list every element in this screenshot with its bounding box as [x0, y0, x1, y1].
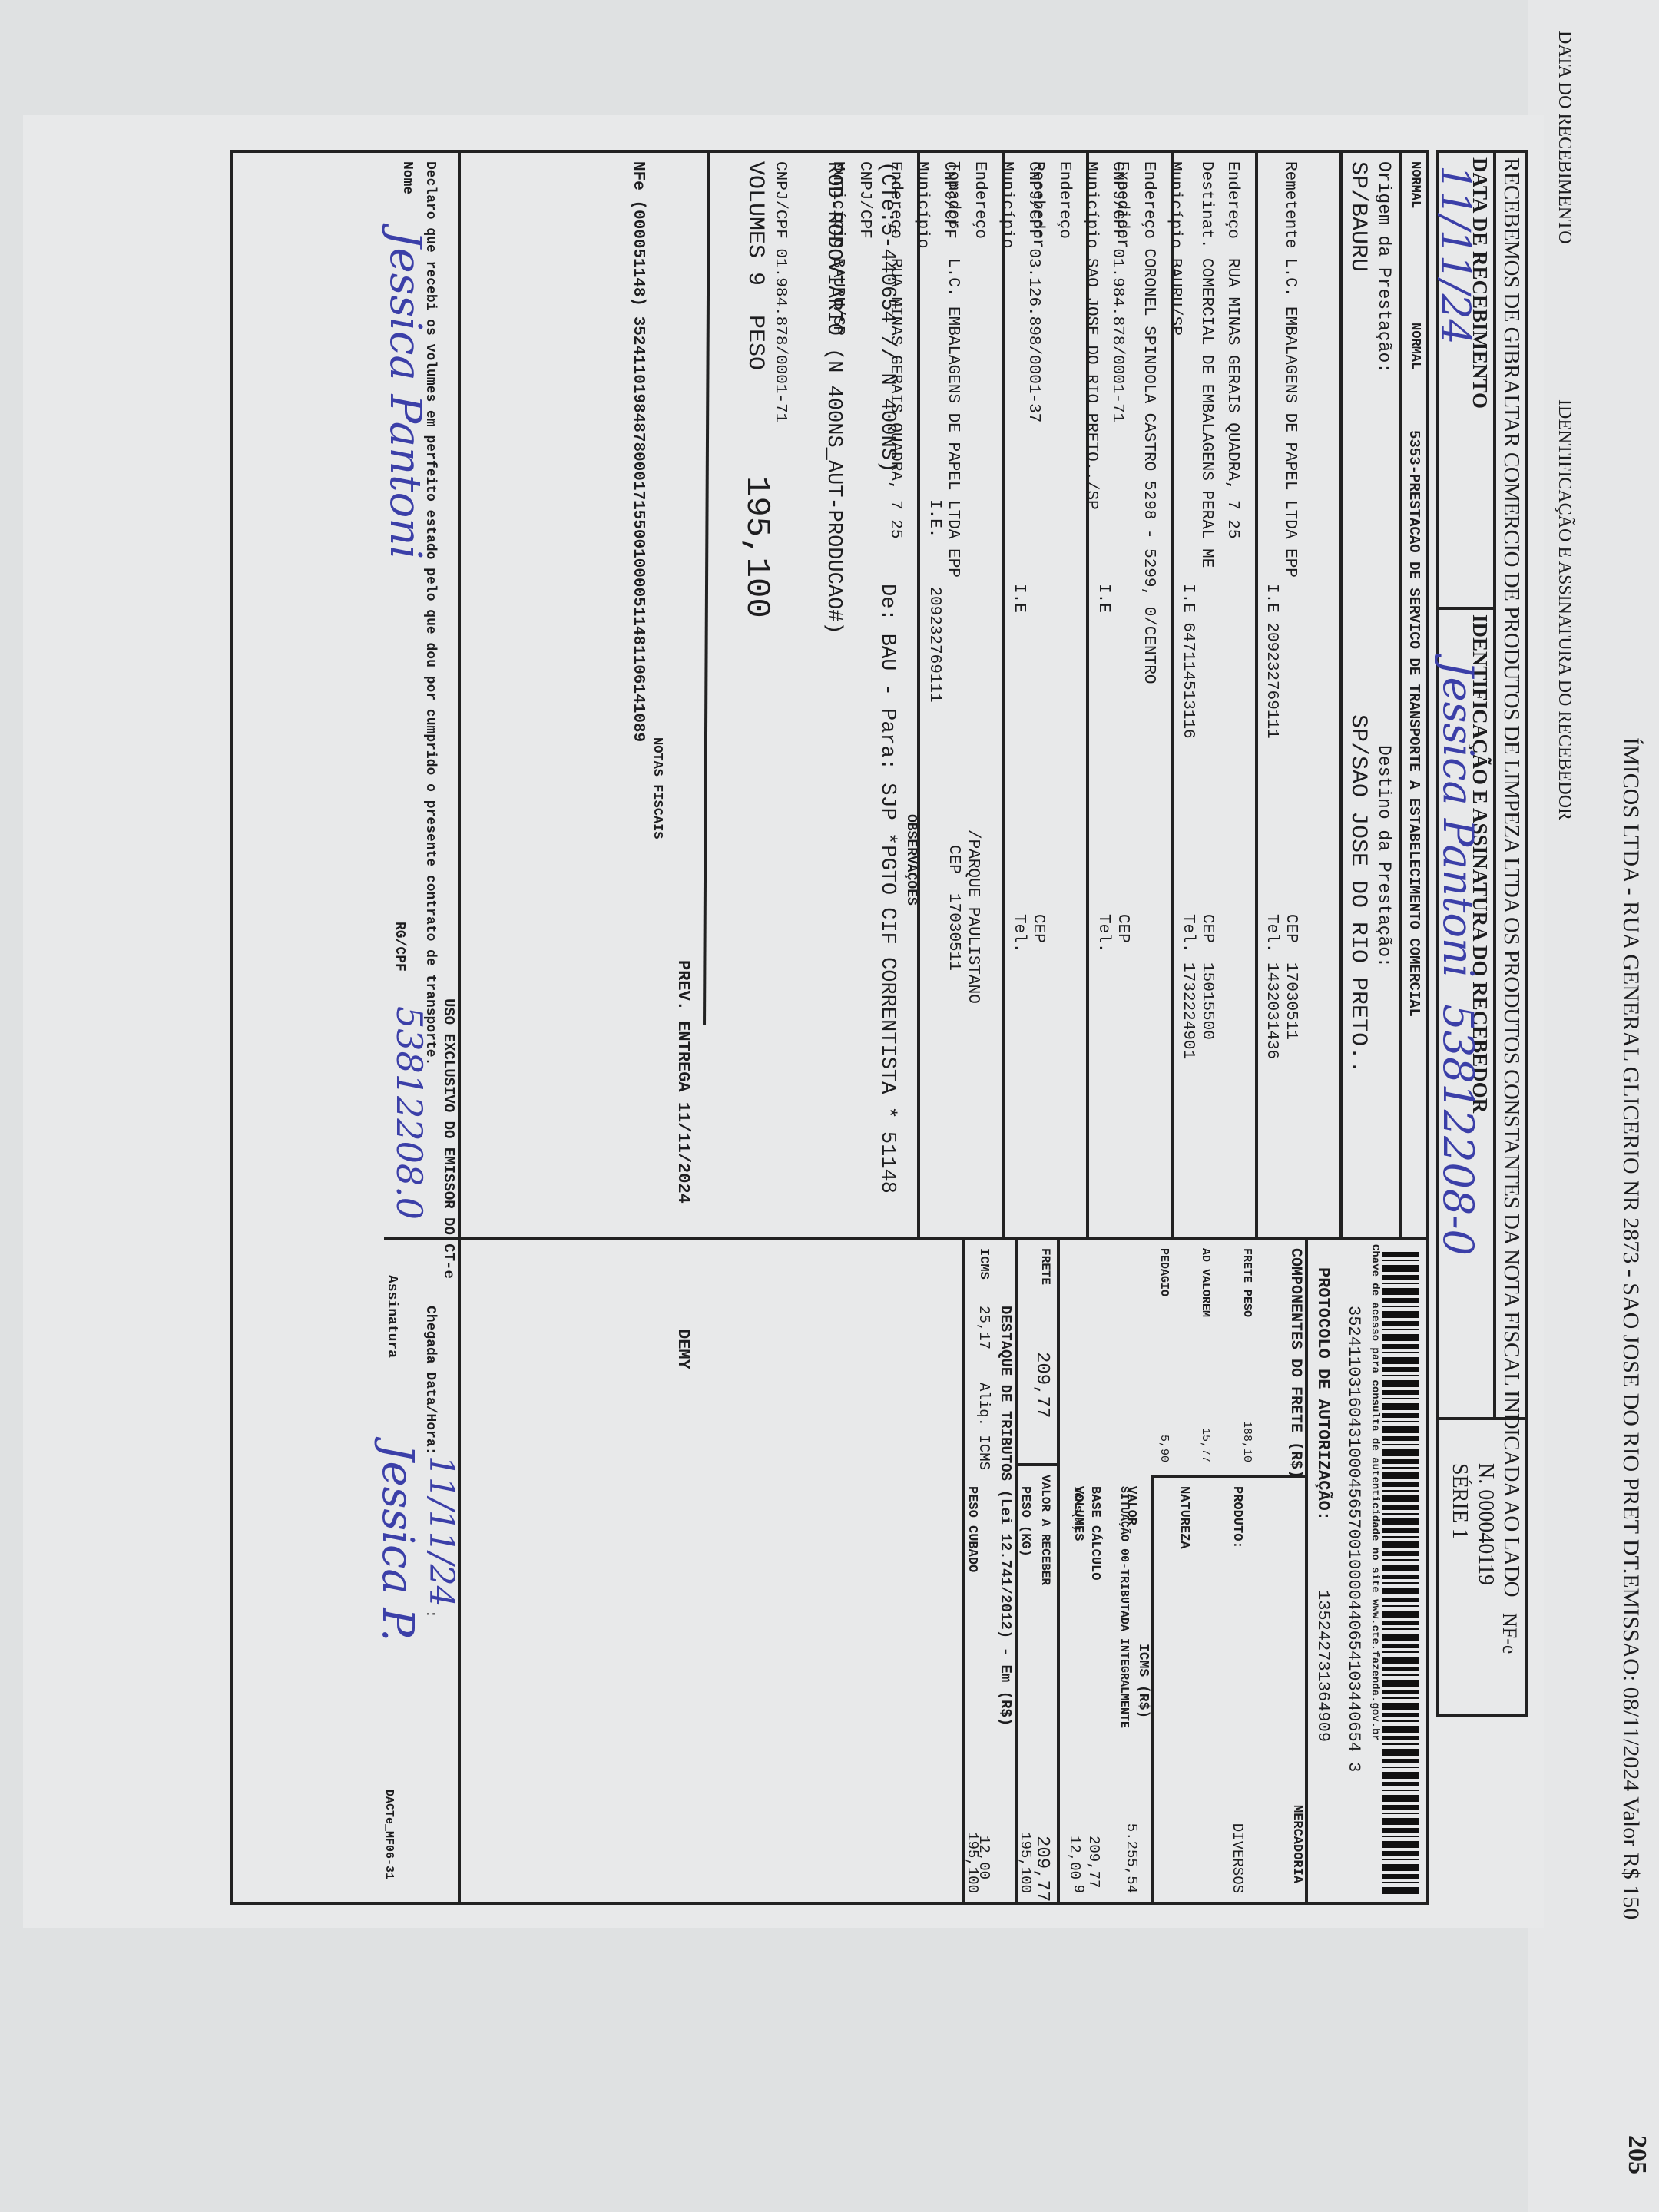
modal: ROD-RODOVIARIO (N 400NS_AUT-PRODUCAO#): [822, 161, 845, 634]
assinatura-label: Assinatura: [384, 1275, 399, 1358]
notas-fiscais-title: NOTAS FISCAIS: [650, 737, 664, 839]
destinatario-cep: CEP 15015500: [1198, 914, 1216, 1040]
peso-value: 195,100: [737, 476, 776, 618]
protocolo-value: 135242731364909: [1313, 1590, 1333, 1742]
background-identificacao: IDENTIFICAÇÃO E ASSINATURA DO RECEBEDOR: [1554, 399, 1575, 820]
valor-receber-value: 209,77: [1031, 1836, 1052, 1902]
destinatario-tel: Tel. 1732224901: [1179, 914, 1197, 1059]
tipo-servico: NORMAL: [1408, 323, 1422, 369]
origem-value: SP/BAURU: [1345, 161, 1371, 272]
uso-exclusivo-title: USO EXCLUSIVO DO EMISSOR DO CT-e: [440, 998, 457, 1279]
tomador-ie: I.E. 209232769111: [926, 499, 943, 703]
icms-title: ICMS (R$): [1135, 1644, 1151, 1718]
componentes-title: COMPONENTES DO FRETE (R$): [1286, 1248, 1304, 1479]
valor-receber-label: VALOR A RECEBER: [1038, 1475, 1052, 1585]
componentes-values: 188,10 15,77 5,90: [1129, 1421, 1281, 1462]
identificacao-value: Jessica Pantoni 53812208-0: [1434, 661, 1482, 1256]
destino-label: Destino da Prestação:: [1374, 745, 1394, 968]
prev-entrega: PREV. ENTREGA 11/11/2024: [674, 960, 693, 1204]
background-header-line: ÍMICOS LTDA - RUA GENERAL GLICERIO NR 28…: [1618, 737, 1644, 1919]
assinatura-value: Jessica P.: [373, 1444, 422, 1642]
volumes: VOLUMES 9: [742, 161, 768, 286]
tributos-aliq-label: Aliq. ICMS: [975, 1382, 992, 1470]
tributos-icms-label: ICMS: [976, 1248, 991, 1280]
icms-aliq-label: ICMS(%): [1071, 1486, 1083, 1532]
remetente-ie: I.E 209232769111: [1263, 584, 1280, 739]
demy: DEMY: [674, 1329, 693, 1369]
nfe-number: N. 000040119: [1473, 1463, 1498, 1585]
observacoes-title: OBSERVAÇÕES: [903, 814, 919, 906]
expedidor-tel: Tel.: [1094, 914, 1112, 952]
document-photo: ÍMICOS LTDA - RUA GENERAL GLICERIO NR 28…: [0, 0, 1659, 2212]
componente-pedagio: PEDAGIO: [1157, 1248, 1171, 1317]
nome-value: Jessica Pantoni: [380, 230, 430, 559]
chegada-blank: _____ _____ _____ __:__: [422, 1444, 438, 1634]
frete-value: 209,77: [1031, 1352, 1052, 1418]
componente-ad-valorem: AD VALOREM: [1198, 1248, 1212, 1317]
receipt-statement: RECEBEMOS DE GIBRALTAR COMERCIO DE PRODU…: [1498, 157, 1524, 1597]
rg-label: RG/CPF: [392, 922, 407, 972]
peso: PESO: [742, 315, 768, 398]
componente-frete-peso: FRETE PESO: [1240, 1248, 1253, 1317]
nome-label: Nome: [399, 161, 415, 194]
icms-base-label: BASE CÁLCULO: [1088, 1486, 1102, 1580]
chave-label: Chave de acesso para consulta de autenti…: [1369, 1244, 1381, 1741]
origem-label: Origem da Prestação:: [1374, 161, 1394, 373]
icms-situacao: SITUAÇÃO 00-TRIBUTADA INTEGRALMENTE: [1118, 1486, 1131, 1728]
tributos-title: DESTAQUE DE TRIBUTOS (Lei 12.741/2012) -…: [997, 1306, 1014, 1726]
background-corner-number: 205: [1622, 2135, 1651, 2174]
chegada-label: Chegada Data/Hora:: [422, 1306, 438, 1455]
mercadoria-title: MERCADORIA: [1290, 1805, 1304, 1883]
tributos-icms-value: 25,17: [975, 1306, 992, 1349]
form-code: DACTe_MF06-31: [382, 1790, 396, 1879]
expedidor-cep: CEP: [1114, 914, 1131, 943]
tipo-cte: NORMAL: [1408, 161, 1422, 208]
tomador-bairro: /PARQUE PAULISTANO: [964, 829, 982, 1004]
destino-value: SP/SAO JOSE DO RIO PRETO..: [1345, 714, 1371, 1074]
remetente-cep: CEP 17030511: [1282, 914, 1300, 1040]
expedidor-ie: I.E: [1094, 584, 1112, 613]
recebedor-ie: I.E: [1010, 584, 1028, 613]
observacoes-cte: (CTe:5-440654 // N 400NS): [876, 161, 899, 472]
protocolo-label: PROTOCOLO DE AUTORIZAÇÃO:: [1313, 1267, 1333, 1521]
recebedor-tel: Tel.: [1010, 914, 1028, 952]
mercadoria-labels: PRODUTO: NATUREZA VALOR VOLUMES PESO (KG…: [928, 1486, 1281, 1572]
data-recebimento-value: 11/11/24: [1432, 165, 1478, 345]
tomador-cep: CEP 17030511: [945, 845, 962, 971]
background-sheet: ÍMICOS LTDA - RUA GENERAL GLICERIO NR 28…: [1528, 0, 1659, 2212]
frete-label: FRETE: [1038, 1248, 1052, 1285]
nfe-serie: SÉRIE 1: [1447, 1463, 1472, 1539]
chave-value: 3524110316043100045657001000044065410344…: [1344, 1306, 1363, 1772]
tributos-aliq-value: 12,00: [975, 1836, 992, 1879]
destinatario-ie: I.E 647114513116: [1179, 584, 1197, 739]
notas-fiscais-line: NFe (000051148) 352411019848780001715500…: [629, 161, 647, 742]
cfop: 5353-PRESTACAO DE SERVICO DE TRANSPORTE …: [1406, 430, 1422, 1017]
componentes-list: FRETE PESO AD VALOREM PEDAGIO: [1129, 1248, 1281, 1317]
nfe-label: NF-e: [1498, 1613, 1521, 1654]
observacoes-rota: De: BAU - Para: SJP *PGTO CIF CORRENTIST…: [876, 584, 899, 1194]
icms-base-value: 209,77: [1085, 1836, 1102, 1888]
remetente-tel: Tel. 1432031436: [1263, 914, 1280, 1059]
barcode: [1382, 1252, 1419, 1897]
icms-aliq-value: 12,00: [1066, 1836, 1083, 1879]
rg-value: 53812208.0: [389, 1006, 430, 1220]
recebedor-cep: CEP: [1029, 914, 1047, 943]
background-data-recebimento: DATA DO RECEBIMENTO: [1554, 31, 1575, 244]
